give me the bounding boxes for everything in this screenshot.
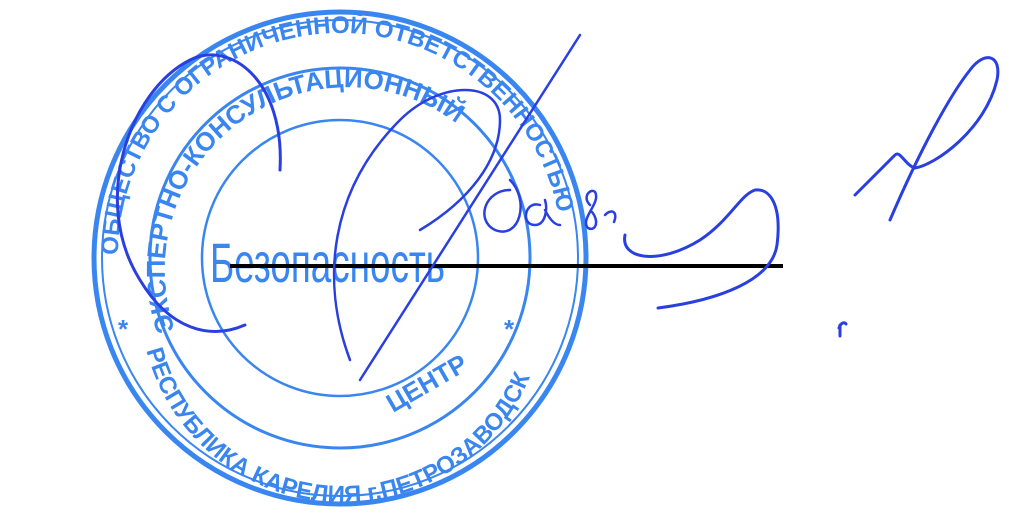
stamp-separator-star-right: * [504, 314, 515, 344]
company-stamp: ОБЩЕСТВО С ОГРАНИЧЕННОЙ ОТВЕТСТВЕННОСТЬЮ… [94, 11, 586, 508]
stamp-outer-bottom-text: РЕСПУБЛИКА КАРЕЛИЯ г.ПЕТРОЗАВОДСК [140, 344, 535, 508]
scanned-document: ОБЩЕСТВО С ОГРАНИЧЕННОЙ ОТВЕТСТВЕННОСТЬЮ… [0, 0, 1017, 517]
stamp-center-text: Безопасность [210, 231, 445, 294]
stamp-separator-star-left: * [118, 314, 129, 344]
